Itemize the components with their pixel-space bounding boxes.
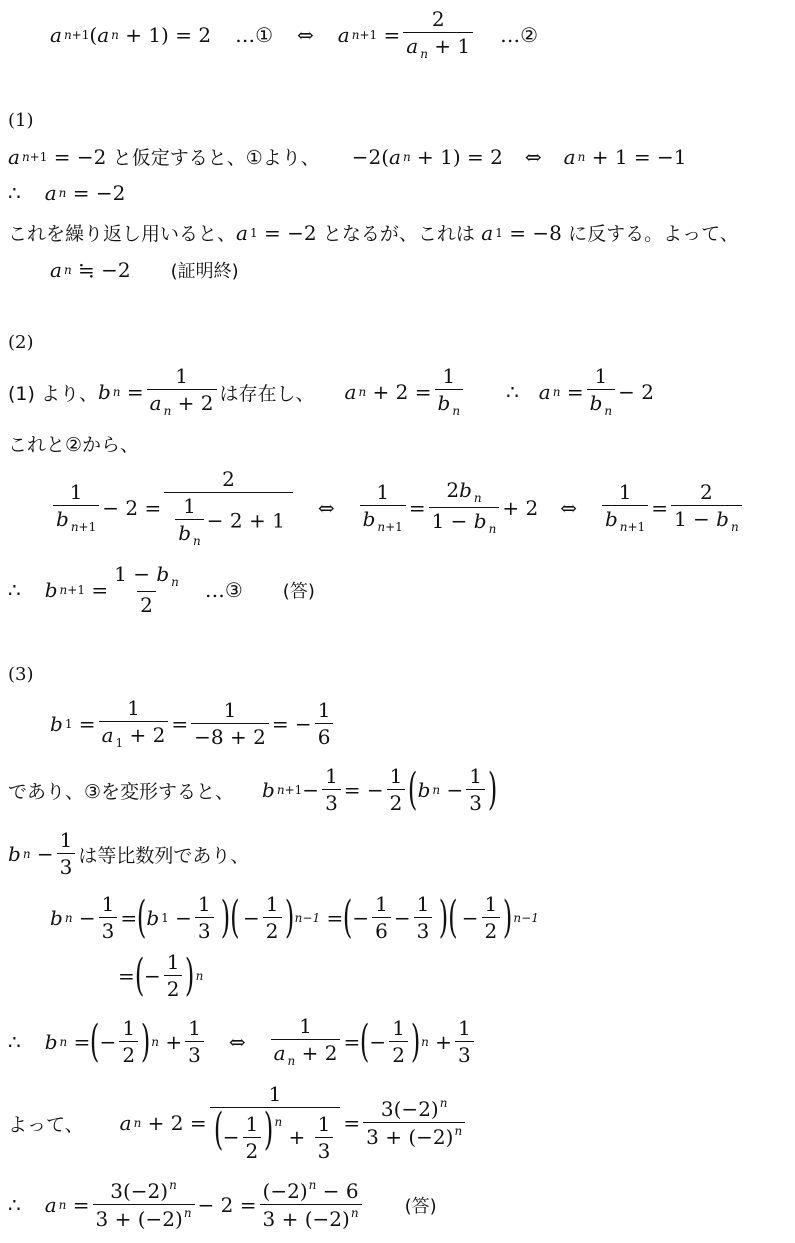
fraction: 2an + 1 bbox=[403, 8, 473, 62]
part1-conclusion: an ≒ −2 (証明終) bbox=[50, 257, 239, 283]
not-equal-symbol: ≒ bbox=[78, 258, 95, 282]
part1-text-contradiction: に反する。よって、 bbox=[568, 219, 739, 246]
part2-text-from1: (1) より、 bbox=[8, 379, 98, 406]
part3-line2: であり、③を変形すると、 bn+1− 13= − 12(bn − 13) bbox=[8, 762, 497, 818]
part3-text-geometric: は等比数列であり、 bbox=[78, 841, 249, 868]
part2-line1: (1) より、 bn = 1an + 2 は存在し、 an + 2 = 1bn … bbox=[8, 364, 654, 420]
part3-text-therefore: よって、 bbox=[8, 1110, 84, 1137]
final-answer-label: (答) bbox=[405, 1192, 437, 1218]
iff-symbol: ⇔ bbox=[297, 23, 314, 47]
part3-text-transform: であり、③を変形すると、 bbox=[8, 777, 234, 804]
part2-line2: これと②から、 bbox=[8, 430, 139, 457]
part2-result: ∴ bn+1 = 1 − bn2 …③ (答) bbox=[8, 562, 315, 618]
part1-line3: これを繰り返し用いると、 a1 = −2 となるが、これは a1 = −8 に反… bbox=[8, 219, 739, 246]
part3-geom1: bn − 13=(b1 − 13)(− 12)n−1 =(− 16− 13)(−… bbox=[50, 888, 539, 948]
part3-line6: ∴ bn =(− 12)n + 13 ⇔ 1an + 2=(− 12)n + 1… bbox=[8, 1012, 477, 1072]
part2-text-exists: は存在し、 bbox=[220, 379, 315, 406]
therefore-symbol: ∴ bbox=[8, 181, 21, 205]
part3-line7: よって、 an + 2 = 1 (−12)n + 13= 3(−2)n3 + (… bbox=[8, 1078, 468, 1168]
part1-line2: ∴ an = −2 bbox=[8, 181, 125, 205]
part3-b1-equation: b1 = 1a1 + 2= 1−8 + 2= − 16 bbox=[50, 696, 336, 752]
part1-text-repeat: これを繰り返し用いると、 bbox=[8, 219, 236, 246]
intro-equation-line: an+1(an + 1) = 2 …① ⇔ an+1 = 2an + 1 …② bbox=[50, 12, 538, 58]
equation-mark-1: …① bbox=[235, 23, 273, 47]
part1-label: (1) bbox=[8, 110, 34, 131]
answer-label: (答) bbox=[283, 577, 315, 603]
part3-label: (3) bbox=[8, 664, 34, 685]
proof-end-label: (証明終) bbox=[171, 257, 239, 283]
part1-text-assume: と仮定すると、①より、 bbox=[113, 143, 320, 170]
part2-derivation: 1bn+1− 2 = 2 1bn− 2 + 1 ⇔ 1bn+1= 2bn1 − … bbox=[50, 466, 745, 550]
part2-label: (2) bbox=[8, 332, 34, 353]
equation-mark-3: …③ bbox=[205, 578, 243, 602]
part3-final: ∴ an = 3(−2)n3 + (−2)n− 2 = (−2)n − 63 +… bbox=[8, 1176, 437, 1234]
part3-line3: bn − 13 は等比数列であり、 bbox=[8, 826, 249, 882]
part1-text-but: となるが、これは bbox=[323, 219, 475, 246]
part1-line1: an+1 = −2 と仮定すると、①より、 −2(an + 1) = 2 ⇔ a… bbox=[8, 143, 687, 170]
part3-geom2: =(− 12)n bbox=[118, 946, 203, 1006]
equation-mark-2: …② bbox=[500, 23, 538, 47]
